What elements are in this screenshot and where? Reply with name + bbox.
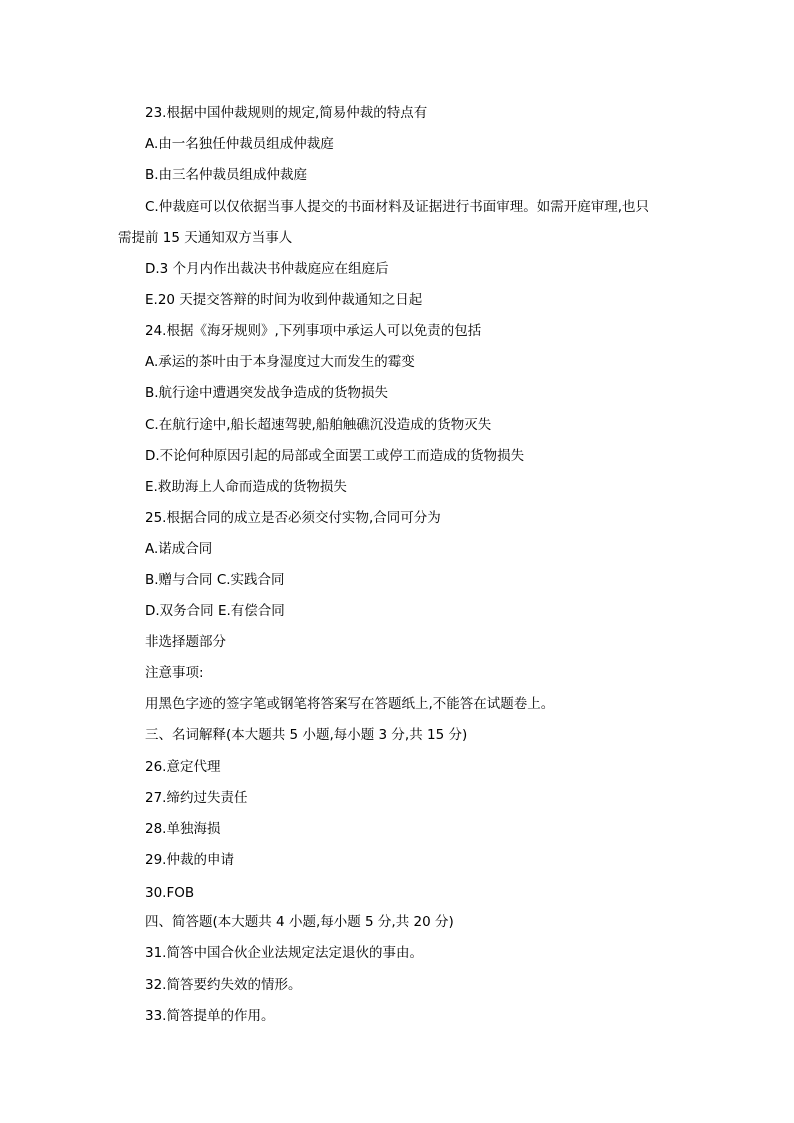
q25-option-a: A.诺成合同 — [145, 540, 212, 558]
q23-option-d: D.3 个月内作出裁决书仲裁庭应在组庭后 — [145, 260, 389, 278]
question-28: 28.单独海损 — [145, 820, 220, 838]
q23-option-c: C.仲裁庭可以仅依据当事人提交的书面材料及证据进行书面审理。如需开庭审理,也只 — [145, 198, 649, 216]
question-25: 25.根据合同的成立是否必须交付实物,合同可分为 — [145, 509, 441, 527]
q25-option-b-c: B.赠与合同 C.实践合同 — [145, 571, 285, 589]
section-heading-3: 三、名词解释(本大题共 5 小题,每小题 3 分,共 15 分) — [145, 726, 467, 744]
notice-body: 用黑色字迹的签字笔或钢笔将答案写在答题纸上,不能答在试题卷上。 — [145, 695, 554, 713]
q24-option-d: D.不论何种原因引起的局部或全面罢工或停工而造成的货物损失 — [145, 447, 524, 465]
q24-option-b: B.航行途中遭遇突发战争造成的货物损失 — [145, 384, 388, 402]
question-30: 30.FOB — [145, 884, 194, 902]
q24-option-c: C.在航行途中,船长超速驾驶,船舶触礁沉没造成的货物灭失 — [145, 416, 491, 434]
question-31: 31.简答中国合伙企业法规定法定退伙的事由。 — [145, 944, 423, 962]
question-24: 24.根据《海牙规则》,下列事项中承运人可以免责的包括 — [145, 322, 481, 340]
q23-option-b: B.由三名仲裁员组成仲裁庭 — [145, 166, 307, 184]
q24-option-e: E.救助海上人命而造成的货物损失 — [145, 478, 347, 496]
q23-option-c-continued: 需提前 15 天通知双方当事人 — [118, 229, 292, 247]
q23-option-a: A.由一名独任仲裁员组成仲裁庭 — [145, 135, 334, 153]
notice-title: 注意事项: — [145, 664, 204, 682]
section-heading-4: 四、简答题(本大题共 4 小题,每小题 5 分,共 20 分) — [145, 913, 454, 931]
document-page: 23.根据中国仲裁规则的规定,简易仲裁的特点有 A.由一名独任仲裁员组成仲裁庭 … — [0, 0, 794, 1123]
q23-option-e: E.20 天提交答辩的时间为收到仲裁通知之日起 — [145, 291, 422, 309]
question-26: 26.意定代理 — [145, 758, 220, 776]
question-29: 29.仲裁的申请 — [145, 851, 234, 869]
question-33: 33.简答提单的作用。 — [145, 1007, 274, 1025]
question-23: 23.根据中国仲裁规则的规定,简易仲裁的特点有 — [145, 104, 427, 122]
part-heading-non-choice: 非选择题部分 — [145, 633, 226, 651]
question-32: 32.简答要约失效的情形。 — [145, 976, 301, 994]
q25-option-d-e: D.双务合同 E.有偿合同 — [145, 602, 285, 620]
q24-option-a: A.承运的茶叶由于本身湿度过大而发生的霉变 — [145, 353, 415, 371]
question-27: 27.缔约过失责任 — [145, 789, 247, 807]
